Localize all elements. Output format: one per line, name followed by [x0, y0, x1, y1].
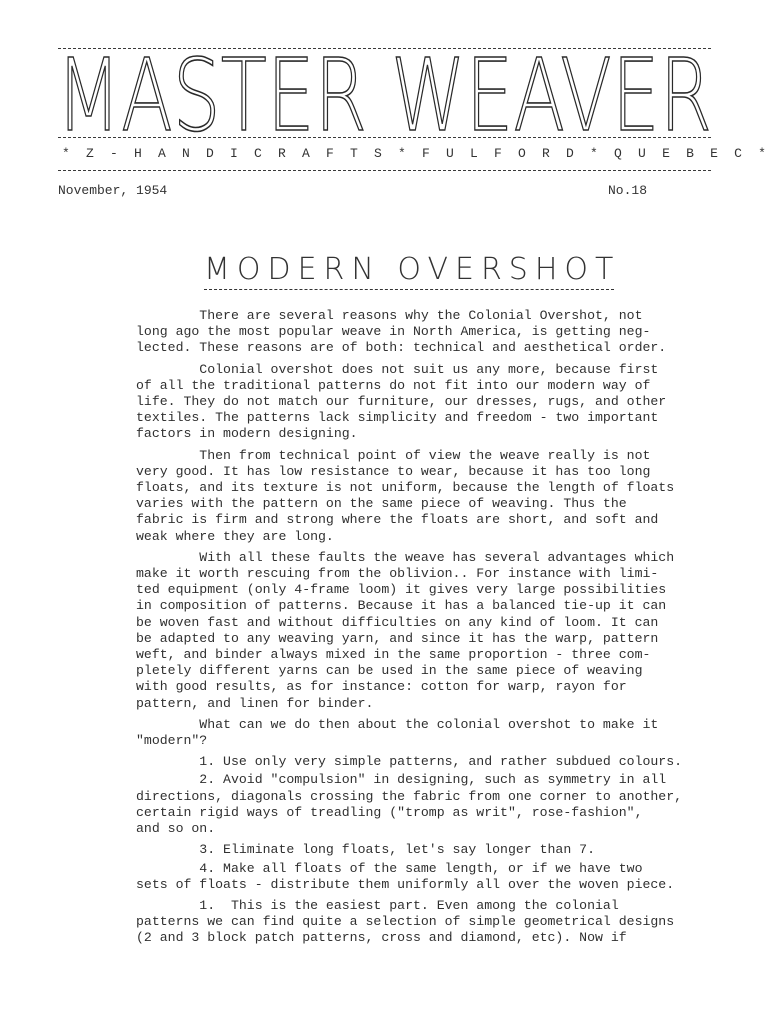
masthead-title: MASTER WEAVER [56, 52, 712, 136]
text-line: ted equipment (only 4-frame loom) it giv… [136, 582, 736, 598]
text-line: directions, diagonals crossing the fabri… [136, 789, 736, 805]
text-line: make it worth rescuing from the oblivion… [136, 566, 736, 582]
text-line: 1. Use only very simple patterns, and ra… [136, 754, 736, 770]
text-line: 2. Avoid "compulsion" in designing, such… [136, 772, 736, 788]
text-line: be woven fast and without difficulties o… [136, 615, 736, 631]
article-paragraph: 3. Eliminate long floats, let's say long… [136, 842, 736, 858]
text-line: and so on. [136, 821, 736, 837]
text-line: textiles. The patterns lack simplicity a… [136, 410, 736, 426]
text-line: weak where they are long. [136, 529, 736, 545]
article-paragraph: What can we do then about the colonial o… [136, 717, 736, 749]
text-line: factors in modern designing. [136, 426, 736, 442]
text-line: varies with the pattern on the same piec… [136, 496, 736, 512]
text-line: 1. This is the easiest part. Even among … [136, 898, 736, 914]
article-title: MODERN OVERSHOT [204, 252, 614, 290]
masthead-bottom-rule [58, 170, 711, 171]
text-line: be adapted to any weaving yarn, and sinc… [136, 631, 736, 647]
article-paragraph: 2. Avoid "compulsion" in designing, such… [136, 772, 736, 837]
text-line: With all these faults the weave has seve… [136, 550, 736, 566]
text-line: certain rigid ways of treadling ("tromp … [136, 805, 736, 821]
issue-number: No.18 [608, 183, 647, 198]
text-line: very good. It has low resistance to wear… [136, 464, 736, 480]
text-line: 3. Eliminate long floats, let's say long… [136, 842, 736, 858]
masthead-top-rule [58, 48, 711, 49]
text-line: Then from technical point of view the we… [136, 448, 736, 464]
article-paragraph: 1. This is the easiest part. Even among … [136, 898, 736, 947]
text-line: with good results, as for instance: cott… [136, 679, 736, 695]
issue-date: November, 1954 [58, 183, 167, 198]
article-paragraph: Then from technical point of view the we… [136, 448, 736, 545]
article-paragraph: Colonial overshot does not suit us any m… [136, 362, 736, 443]
newsletter-page: MASTER WEAVER * Z - H A N D I C R A F T … [0, 0, 780, 1013]
text-line: 4. Make all floats of the same length, o… [136, 861, 736, 877]
article-paragraph: There are several reasons why the Coloni… [136, 308, 736, 357]
text-line: weft, and binder always mixed in the sam… [136, 647, 736, 663]
text-line: lected. These reasons are of both: techn… [136, 340, 736, 356]
masthead: MASTER WEAVER [56, 52, 716, 136]
text-line: pattern, and linen for binder. [136, 696, 736, 712]
text-line: There are several reasons why the Coloni… [136, 308, 736, 324]
masthead-middle-rule [58, 137, 711, 138]
text-line: sets of floats - distribute them uniform… [136, 877, 736, 893]
text-line: life. They do not match our furniture, o… [136, 394, 736, 410]
text-line: patterns we can find quite a selection o… [136, 914, 736, 930]
masthead-subtitle: * Z - H A N D I C R A F T S * F U L F O … [62, 146, 712, 161]
article-paragraph: 1. Use only very simple patterns, and ra… [136, 754, 736, 770]
text-line: Colonial overshot does not suit us any m… [136, 362, 736, 378]
text-line: in composition of patterns. Because it h… [136, 598, 736, 614]
text-line: of all the traditional patterns do not f… [136, 378, 736, 394]
text-line: pletely different yarns can be used in t… [136, 663, 736, 679]
article-paragraph: With all these faults the weave has seve… [136, 550, 736, 712]
text-line: floats, and its texture is not uniform, … [136, 480, 736, 496]
text-line: (2 and 3 block patch patterns, cross and… [136, 930, 736, 946]
text-line: "modern"? [136, 733, 736, 749]
text-line: fabric is firm and strong where the floa… [136, 512, 736, 528]
text-line: long ago the most popular weave in North… [136, 324, 736, 340]
article-body: There are several reasons why the Coloni… [136, 308, 736, 952]
article-paragraph: 4. Make all floats of the same length, o… [136, 861, 736, 893]
text-line: What can we do then about the colonial o… [136, 717, 736, 733]
